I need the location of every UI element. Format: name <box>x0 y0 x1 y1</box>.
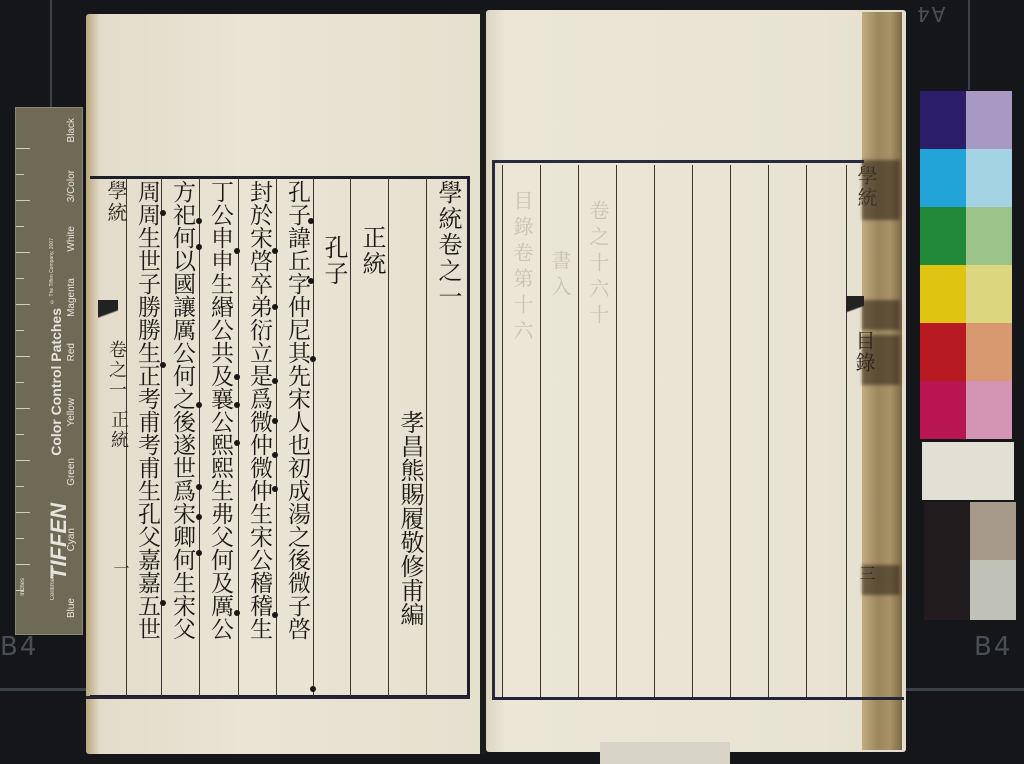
right-page-frame <box>492 160 864 700</box>
patch-red-light <box>966 323 1012 381</box>
column-rule <box>730 165 731 697</box>
punctuation-mark <box>308 278 314 284</box>
body-column-1: 孔子諱丘字仲尼其先宋人也初成湯之後微子啓 <box>279 180 315 640</box>
ruler-unit-inches: Inches <box>20 578 26 596</box>
punctuation-mark <box>160 362 166 368</box>
punctuation-mark <box>196 550 202 556</box>
volume-title: 學統卷之一 <box>430 180 466 310</box>
fish-tail-mark <box>98 300 118 330</box>
punctuation-mark <box>234 374 240 380</box>
punctuation-mark <box>272 612 278 618</box>
bleed-through-text: 目錄卷第十六 <box>508 190 536 346</box>
right-margin-heading: 學統 <box>848 165 884 209</box>
background-label-a4: A4 <box>915 2 945 26</box>
punctuation-mark <box>160 600 166 606</box>
punctuation-mark <box>160 210 166 216</box>
right-margin-section: 目錄 <box>846 330 882 374</box>
ruler-label-red: Red <box>66 343 77 361</box>
punctuation-mark <box>234 402 240 408</box>
column-rule <box>616 165 617 697</box>
column-rule <box>502 165 503 697</box>
punctuation-mark <box>196 514 202 520</box>
right-bottom-rule <box>492 697 904 700</box>
column-rule <box>768 165 769 697</box>
punctuation-mark <box>308 218 314 224</box>
ruler-label-yellow: Yellow <box>66 398 77 427</box>
background-label-b4-left: B4 <box>0 632 38 662</box>
ruler-label-green: Green <box>66 458 77 486</box>
punctuation-mark <box>272 248 278 254</box>
margin-volume: 卷之一 <box>98 340 134 400</box>
patch-yellow-light <box>966 265 1012 323</box>
book-gutter <box>480 10 486 754</box>
tiffen-color-control-ruler: TIFFEN Color Control Patches © The Tiffe… <box>15 107 83 635</box>
body-column-3: 丁公申申生緡公共及襄公熙熙生弗父何及厲公 <box>202 180 238 640</box>
ruler-title: Color Control Patches <box>48 308 64 456</box>
punctuation-mark <box>272 418 278 424</box>
column-rule <box>692 165 693 697</box>
punctuation-mark <box>272 378 278 384</box>
background-grid-line <box>968 0 970 90</box>
patch-red-dark <box>920 323 966 381</box>
patch-green-light <box>966 207 1012 265</box>
ruler-label-black: Black <box>66 118 77 142</box>
patch-gray <box>970 560 1016 620</box>
punctuation-mark <box>234 248 240 254</box>
margin-section: 正統 <box>100 410 136 450</box>
background-label-b4-right: B4 <box>974 632 1012 662</box>
column-rule <box>654 165 655 697</box>
body-column-4: 方祀何以國讓厲公何之後遂世爲宋卿何生宋父 <box>164 180 200 640</box>
column-rule <box>540 165 541 697</box>
fish-tail-mark <box>846 296 864 324</box>
bleed-through-text: 書入 <box>546 250 574 302</box>
ruler-copyright: © The Tiffen Company, 2007 <box>49 238 55 304</box>
patch-white <box>922 442 1014 500</box>
left-bottom-rule <box>86 696 470 699</box>
column-rule <box>238 178 239 696</box>
patch-black <box>924 502 970 620</box>
bleed-through-text: 卷之十六十 <box>584 200 612 330</box>
punctuation-mark <box>310 686 316 692</box>
right-margin-page-number: 三 <box>848 565 884 583</box>
background-grid-line <box>0 688 90 691</box>
patch-cyan-dark <box>920 149 966 207</box>
patch-blue-light <box>966 91 1012 149</box>
ruler-unit-cm: Centimeters <box>50 568 56 600</box>
punctuation-mark <box>196 218 202 224</box>
ruler-label-white: White <box>66 226 77 252</box>
punctuation-mark <box>196 484 202 490</box>
section-heading: 正統 <box>354 225 390 277</box>
patch-tan <box>970 502 1016 560</box>
punctuation-mark <box>196 402 202 408</box>
punctuation-mark <box>196 244 202 250</box>
patch-yellow-dark <box>920 265 966 323</box>
background-grid-line <box>906 688 1024 691</box>
ruler-label-magenta: Magenta <box>66 278 77 317</box>
margin-heading: 學統 <box>98 180 134 224</box>
punctuation-mark <box>272 452 278 458</box>
punctuation-mark <box>310 356 316 362</box>
patch-magenta-light <box>966 381 1012 439</box>
ruler-label-3color: 3/Color <box>66 170 77 202</box>
background-grid-line <box>50 0 52 110</box>
column-rule <box>578 165 579 697</box>
ruler-label-blue: Blue <box>66 598 77 618</box>
patch-magenta-dark <box>920 381 966 439</box>
fore-edge-ink <box>862 300 900 330</box>
punctuation-mark <box>234 440 240 446</box>
column-rule <box>806 165 807 697</box>
column-rule <box>846 165 847 697</box>
punctuation-mark <box>272 304 278 310</box>
punctuation-mark <box>234 610 240 616</box>
ruler-label-cyan: Cyan <box>66 528 77 551</box>
patch-blue-dark <box>920 91 966 149</box>
patch-green-dark <box>920 207 966 265</box>
paper-tab <box>600 742 730 764</box>
margin-page-number: 一 <box>102 560 138 578</box>
author-line: 孝昌熊賜履敬修甫編 <box>392 410 428 626</box>
patch-cyan-light <box>966 149 1012 207</box>
punctuation-mark <box>272 486 278 492</box>
subheading: 孔子 <box>316 235 352 287</box>
